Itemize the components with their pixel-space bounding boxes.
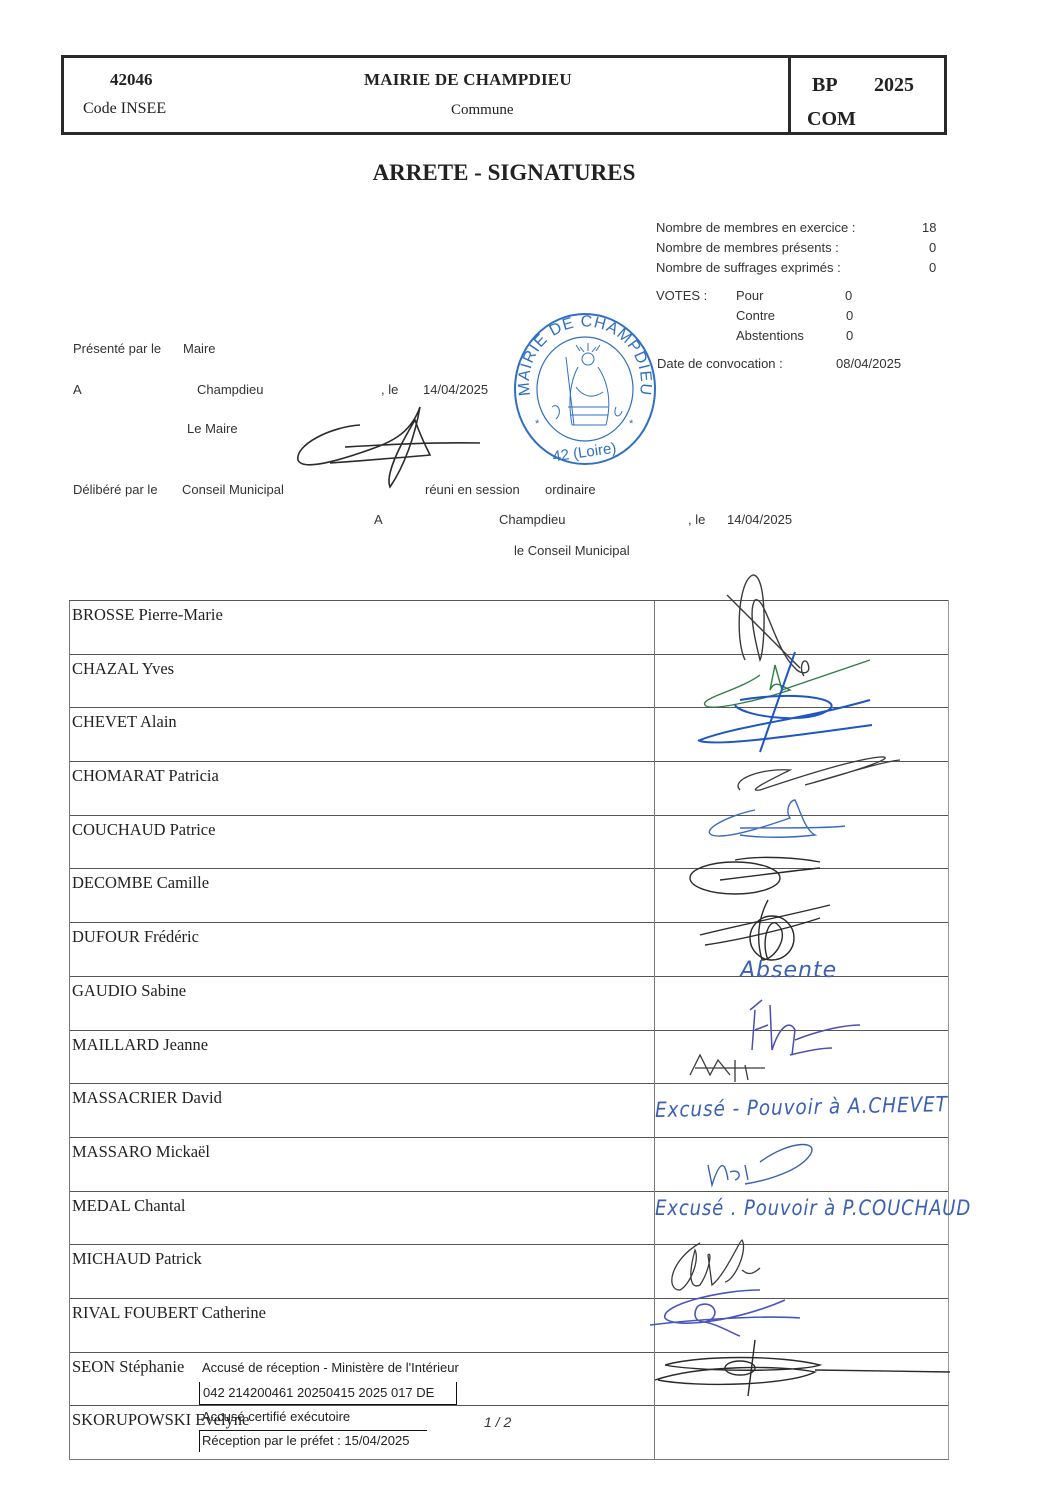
convocation-label: Date de convocation : xyxy=(657,356,783,371)
member-signature-cell xyxy=(655,1406,949,1460)
member-name: MICHAUD Patrick xyxy=(70,1245,655,1299)
deliberated-by-label: Délibéré par le xyxy=(73,482,158,497)
place-2: Champdieu xyxy=(499,512,566,527)
member-signature-table: BROSSE Pierre-MarieCHAZAL YvesCHEVET Ala… xyxy=(69,600,949,1460)
receipt-prefect-box-edge xyxy=(199,1430,200,1452)
member-signature-cell xyxy=(655,869,949,923)
members-in-office-value: 18 xyxy=(922,220,936,235)
at-label-2: A xyxy=(374,512,383,527)
date-separator-2: , le xyxy=(688,512,705,527)
receipt-certified: Accusé certifié exécutoire xyxy=(202,1409,350,1424)
mayor-signature xyxy=(290,405,490,490)
member-signature-cell xyxy=(655,601,949,655)
members-present-label: Nombre de membres présents : xyxy=(656,240,839,255)
stamp-text-bottom: 42 (Loire) xyxy=(551,440,617,466)
members-present-value: 0 xyxy=(929,240,936,255)
header-divider xyxy=(788,58,791,132)
annotation-gaudio: Absente xyxy=(740,958,837,983)
table-row: MASSARO Mickaël xyxy=(70,1137,949,1191)
municipal-stamp: MAIRIE DE CHAMPDIEU 42 (Loire) * * xyxy=(508,307,660,467)
member-name: MASSARO Mickaël xyxy=(70,1137,655,1191)
member-name: MEDAL Chantal xyxy=(70,1191,655,1245)
document-header: 42046 Code INSEE MAIRIE DE CHAMPDIEU Com… xyxy=(61,55,947,135)
svg-text:*: * xyxy=(629,418,634,430)
date-separator: , le xyxy=(381,382,398,397)
votes-against-value: 0 xyxy=(846,308,853,323)
receipt-prefect-box-top xyxy=(199,1430,427,1431)
member-name: MAILLARD Jeanne xyxy=(70,1030,655,1084)
council-label: le Conseil Municipal xyxy=(514,543,630,558)
member-name: CHAZAL Yves xyxy=(70,654,655,708)
member-name: CHEVET Alain xyxy=(70,708,655,762)
member-signature-cell xyxy=(655,1137,949,1191)
table-row: CHOMARAT Patricia xyxy=(70,762,949,816)
receipt-prefect: Réception par le préfet : 15/04/2025 xyxy=(202,1433,409,1448)
page-title: ARRETE - SIGNATURES xyxy=(0,160,1008,186)
member-name: RIVAL FOUBERT Catherine xyxy=(70,1298,655,1352)
member-name: BROSSE Pierre-Marie xyxy=(70,601,655,655)
budget-year: 2025 xyxy=(874,74,914,97)
votes-cast-label: Nombre de suffrages exprimés : xyxy=(656,260,841,275)
session-type: ordinaire xyxy=(545,482,596,497)
member-signature-cell xyxy=(655,976,949,1030)
table-row: RIVAL FOUBERT Catherine xyxy=(70,1298,949,1352)
svg-text:MAIRIE DE CHAMPDIEU: MAIRIE DE CHAMPDIEU xyxy=(516,313,655,397)
at-label: A xyxy=(73,382,82,397)
table-row: CHEVET Alain xyxy=(70,708,949,762)
votes-for-label: Pour xyxy=(736,288,763,303)
table-row: GAUDIO Sabine xyxy=(70,976,949,1030)
receipt-title: Accusé de réception - Ministère de l'Int… xyxy=(202,1360,459,1375)
marianne-emblem-icon xyxy=(552,343,622,425)
budget-sub: COM xyxy=(807,108,856,131)
insee-code: 42046 xyxy=(110,70,153,90)
member-name: GAUDIO Sabine xyxy=(70,976,655,1030)
member-name: COUCHAUD Patrice xyxy=(70,815,655,869)
receipt-reference: 042 214200461 20250415 2025 017 DE xyxy=(203,1385,434,1400)
member-signature-cell xyxy=(655,762,949,816)
signatory-label: Le Maire xyxy=(187,421,238,436)
deliberated-by: Conseil Municipal xyxy=(182,482,284,497)
table-row: DECOMBE Camille xyxy=(70,869,949,923)
member-name: DECOMBE Camille xyxy=(70,869,655,923)
member-signature-cell xyxy=(655,1245,949,1299)
member-name: DUFOUR Frédéric xyxy=(70,923,655,977)
place: Champdieu xyxy=(197,382,264,397)
abstentions-value: 0 xyxy=(846,328,853,343)
votes-label: VOTES : xyxy=(656,288,707,303)
member-name: CHOMARAT Patricia xyxy=(70,762,655,816)
table-row: MAILLARD Jeanne xyxy=(70,1030,949,1084)
member-signature-cell xyxy=(655,815,949,869)
member-signature-cell xyxy=(655,708,949,762)
convocation-date: 08/04/2025 xyxy=(836,356,901,371)
votes-for-value: 0 xyxy=(845,288,852,303)
deliberation-date: 14/04/2025 xyxy=(727,512,792,527)
presentation-date: 14/04/2025 xyxy=(423,382,488,397)
member-name: MASSACRIER David xyxy=(70,1084,655,1138)
member-signature-cell xyxy=(655,1030,949,1084)
member-signature-cell xyxy=(655,654,949,708)
votes-cast-value: 0 xyxy=(929,260,936,275)
receipt-reference-box: 042 214200461 20250415 2025 017 DE xyxy=(199,1382,457,1405)
member-signature-cell xyxy=(655,1298,949,1352)
presented-by: Maire xyxy=(183,341,216,356)
svg-text:*: * xyxy=(535,418,540,430)
table-row: COUCHAUD Patrice xyxy=(70,815,949,869)
stamp-text-top: MAIRIE DE CHAMPDIEU xyxy=(516,313,655,397)
presented-by-label: Présenté par le xyxy=(73,341,161,356)
table-row: MICHAUD Patrick xyxy=(70,1245,949,1299)
member-signature-cell xyxy=(655,1352,949,1406)
table-row: BROSSE Pierre-Marie xyxy=(70,601,949,655)
votes-against-label: Contre xyxy=(736,308,775,323)
annotation-michaud: Excusé . Pouvoir à P.COUCHAUD xyxy=(655,1196,971,1220)
organisation-name: MAIRIE DE CHAMPDIEU xyxy=(364,70,572,90)
table-row: CHAZAL Yves xyxy=(70,654,949,708)
budget-code: BP xyxy=(812,74,838,97)
organisation-type: Commune xyxy=(451,102,514,119)
abstentions-label: Abstentions xyxy=(736,328,804,343)
page-number: 1 / 2 xyxy=(484,1414,511,1430)
members-in-office-label: Nombre de membres en exercice : xyxy=(656,220,855,235)
insee-code-label: Code INSEE xyxy=(83,100,166,118)
